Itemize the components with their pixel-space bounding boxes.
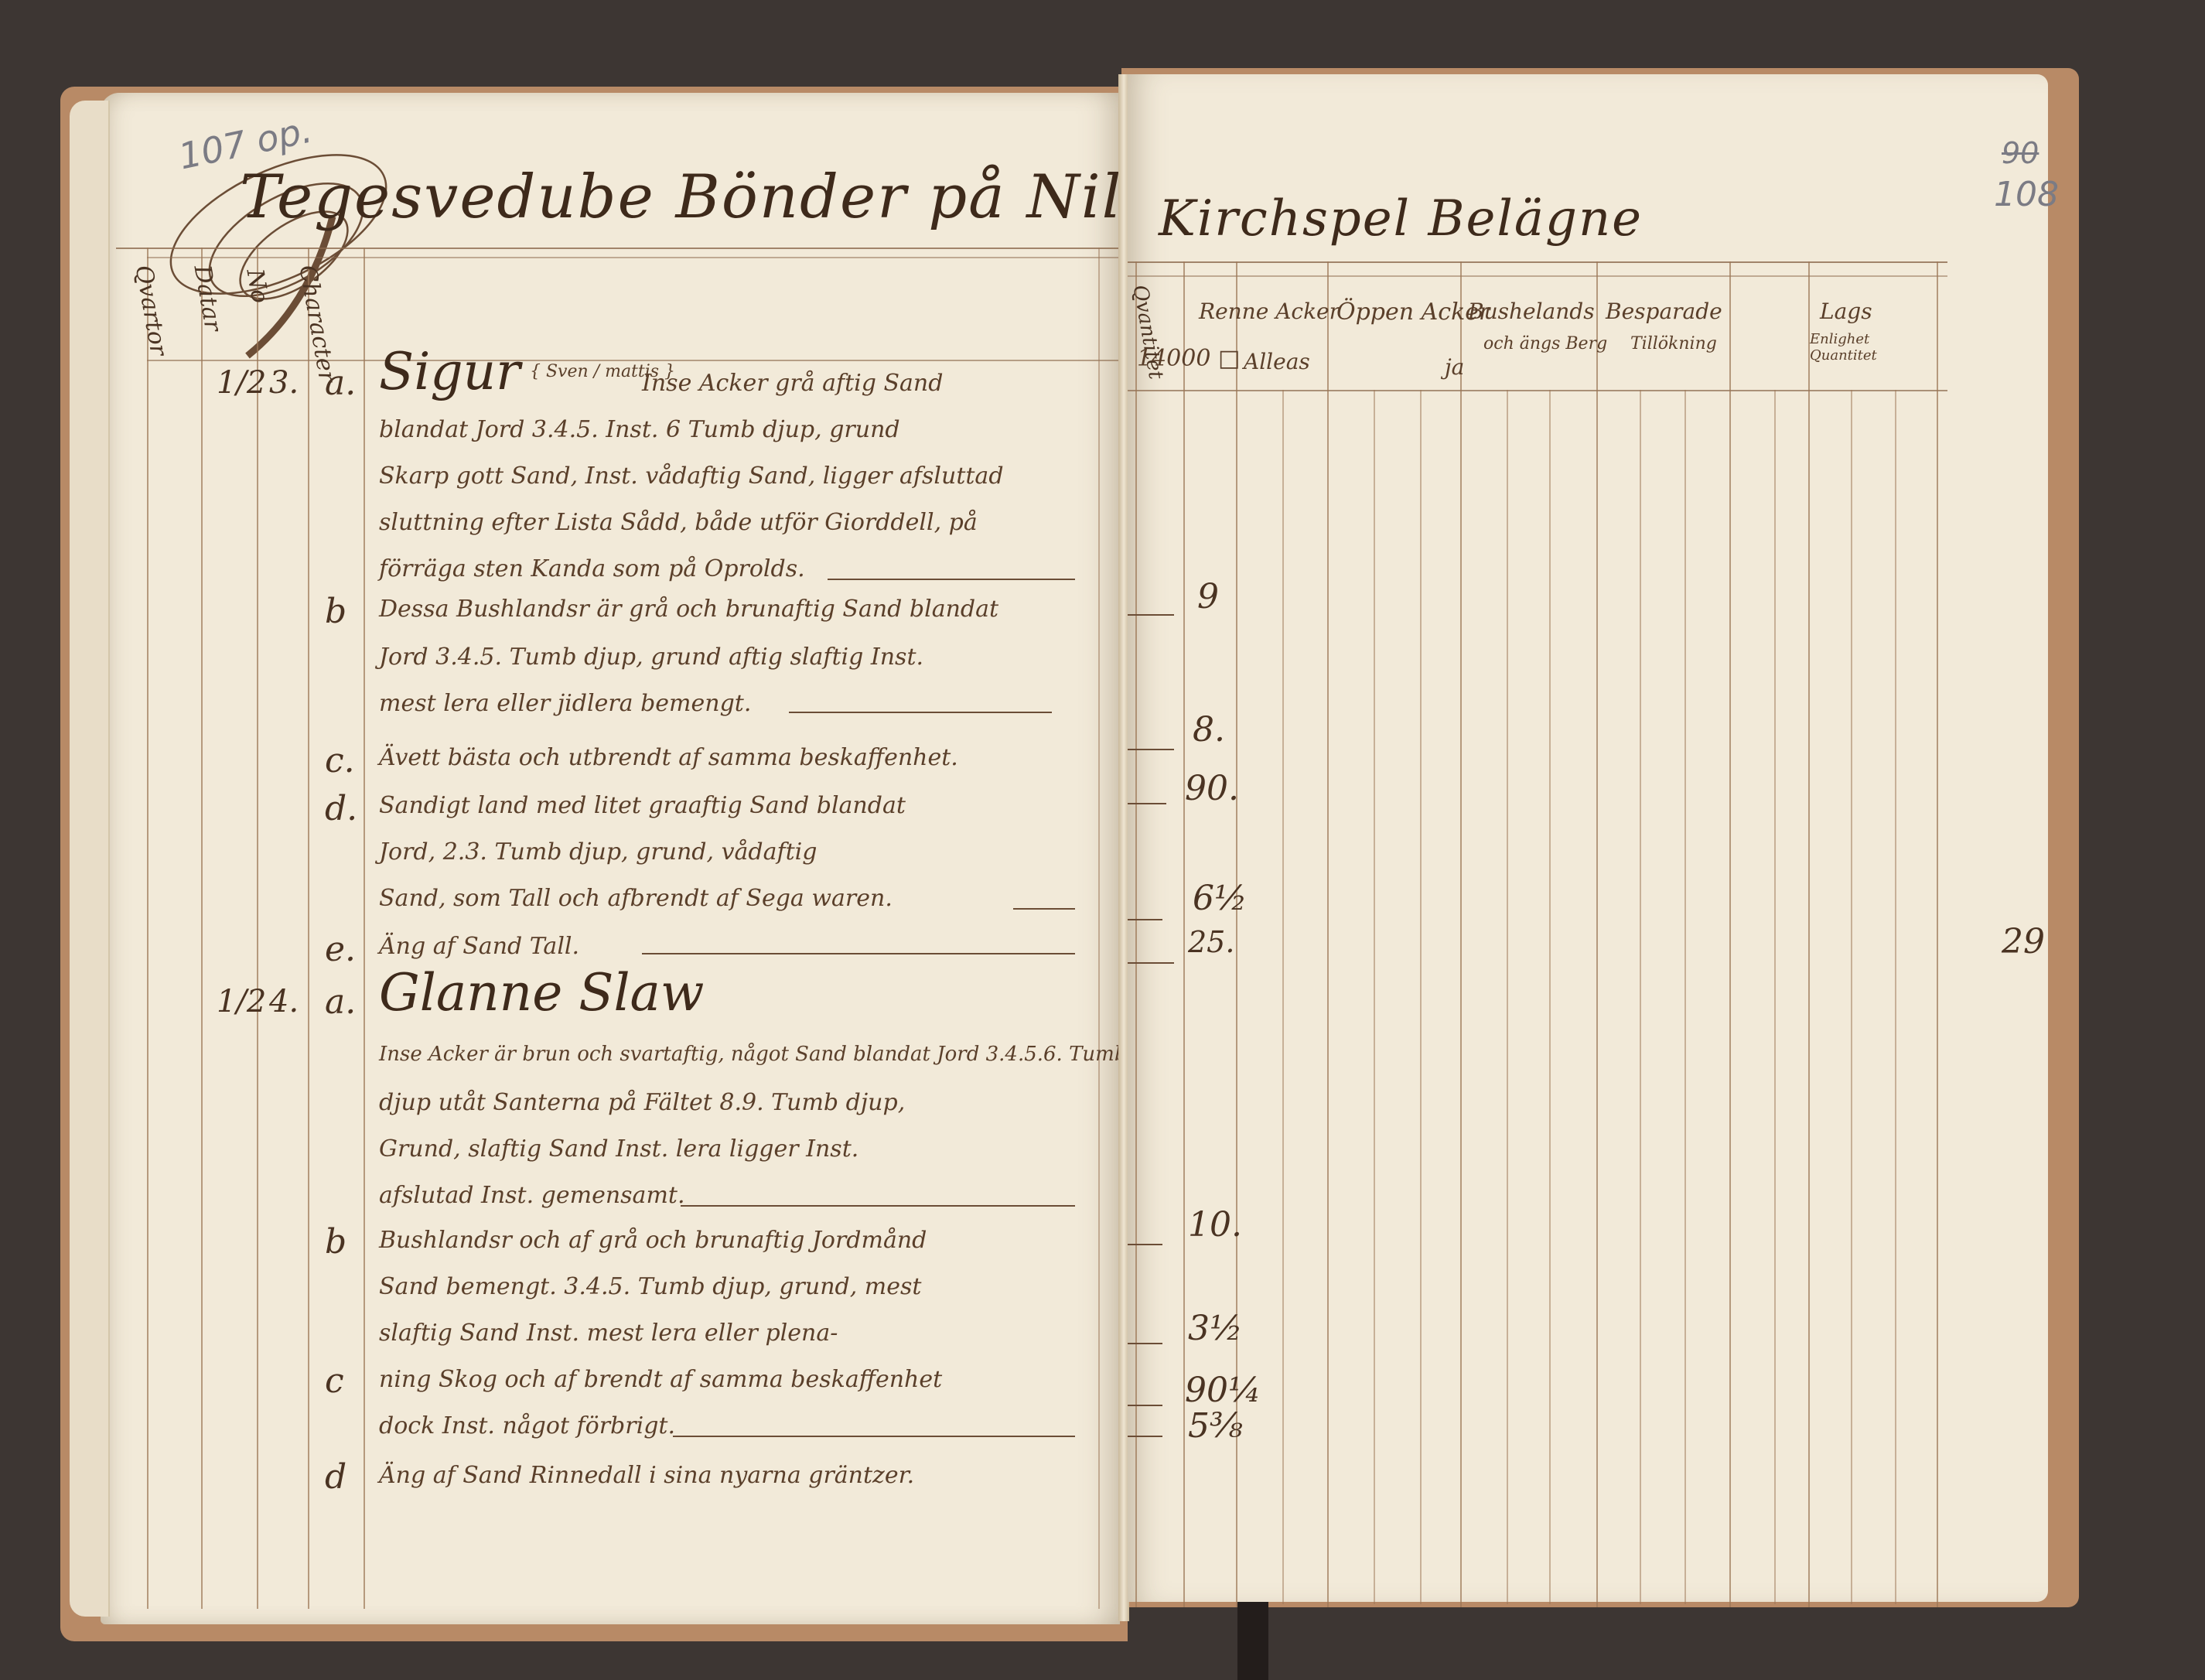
entry-fraction: 1/2	[217, 365, 266, 401]
entry-value: 9	[1197, 577, 1219, 616]
farm-name: Sigur	[379, 342, 521, 401]
entry-line: ning Skog och af brendt af samma beskaff…	[379, 1366, 942, 1393]
entry-letter: a.	[325, 364, 356, 403]
right-page: 90 108 Kirchspel Belägne Qvantitet 14000…	[1128, 74, 2048, 1602]
entry-value: 10.	[1188, 1205, 1242, 1245]
entry-line: sluttning efter Lista Sådd, både utför G…	[379, 509, 978, 536]
farm-name: Glanne Slaw	[379, 963, 704, 1023]
column-header-no: No	[241, 267, 274, 306]
page-title-right: Kirchspel Belägne	[1159, 190, 1643, 248]
column-sub-besparade: Tillökning	[1630, 334, 1717, 353]
entry-line: Inse Acker är brun och svartaftig, något…	[379, 1043, 1127, 1066]
entry-number: 3.	[269, 365, 299, 401]
entry-line: dock Inst. något förbrigt.	[379, 1412, 675, 1439]
entry-line: blandat Jord 3.4.5. Inst. 6 Tumb djup, g…	[379, 416, 900, 443]
column-header-besparade: Besparade	[1606, 299, 1722, 324]
entry-line: Äng af Sand Rinnedall i sina nyarna grän…	[379, 1462, 914, 1489]
entry-value: 90¼	[1185, 1371, 1261, 1410]
entry-line: Äng af Sand Tall.	[379, 933, 579, 960]
column-header-lags: Lags	[1820, 299, 1872, 324]
entry-line: slaftig Sand Inst. mest lera eller plena…	[379, 1320, 838, 1347]
column-header-renne-acker: Renne Acker	[1199, 299, 1340, 324]
entry-line: Sand bemengt. 3.4.5. Tumb djup, grund, m…	[379, 1273, 921, 1300]
column-header-bushelands: Bushelands	[1468, 299, 1595, 324]
entry-number: 4.	[269, 984, 299, 1019]
column-sub-bushelands: och ängs Berg	[1483, 334, 1607, 353]
entry-right-note: 29	[2002, 922, 2045, 961]
column-extra: ja	[1445, 354, 1464, 380]
entry-fraction: 1/2	[217, 984, 266, 1019]
entry-line: Inse Acker grå aftig Sand	[642, 370, 943, 397]
column-sub-lags: Enlighet Quantitet	[1810, 331, 1934, 364]
entry-line: Sand, som Tall och afbrendt af Sega ware…	[379, 885, 893, 912]
entry-line: Sandigt land med litet graaftig Sand bla…	[379, 792, 906, 819]
folio-mark-struck: 90	[2002, 136, 2039, 170]
page-title-left: Tegesvedube Bönder på Nilaus	[240, 162, 1233, 232]
entry-letter: d	[325, 1457, 346, 1497]
folio-mark-right: 108	[1994, 175, 2059, 214]
entry-letter: e.	[325, 930, 356, 969]
entry-letter: b	[325, 592, 346, 631]
entry-line: Bushlandsr och af grå och brunaftig Jord…	[379, 1227, 927, 1254]
column-header-oppen-acker: Öppen Acker	[1336, 299, 1490, 326]
entry-value: 8.	[1193, 710, 1225, 750]
entry-line: förräga sten Kanda som på Oprolds.	[379, 555, 805, 582]
entry-letter: a.	[325, 982, 356, 1022]
entry-line: Ävett bästa och utbrendt af samma beskaf…	[379, 744, 958, 771]
entry-value: 6½	[1193, 879, 1248, 918]
column-sub-renne-acker: Alleas	[1244, 349, 1310, 374]
entry-value: 3½	[1188, 1309, 1243, 1348]
entry-value: 5⅜	[1188, 1406, 1243, 1446]
entry-value: 90.	[1185, 769, 1239, 808]
entry-letter: c	[325, 1361, 344, 1401]
entry-letter: b	[325, 1222, 346, 1262]
entry-line: Grund, slaftig Sand Inst. lera ligger In…	[379, 1135, 858, 1163]
entry-line: Dessa Bushlandsr är grå och brunaftig Sa…	[379, 596, 998, 623]
entry-line: djup utåt Santerna på Fältet 8.9. Tumb d…	[379, 1089, 905, 1116]
entry-letter: c.	[325, 741, 355, 780]
left-page: 107 op. Tegesvedube Bönder på Nilaus Qva…	[101, 93, 1120, 1624]
entry-letter: d.	[325, 789, 357, 828]
entry-line: Jord 3.4.5. Tumb djup, grund aftig slaft…	[379, 644, 923, 671]
entry-line: Jord, 2.3. Tumb djup, grund, vådaftig	[379, 838, 817, 866]
entry-line: afslutad Inst. gemensamt.	[379, 1182, 684, 1209]
entry-line: mest lera eller jidlera bemengt.	[379, 690, 751, 717]
column-sub-qvantitet: 14000 □	[1137, 345, 1240, 372]
entry-line: Skarp gott Sand, Inst. vådaftig Sand, li…	[379, 463, 1004, 490]
entry-value: 25.	[1188, 925, 1234, 959]
